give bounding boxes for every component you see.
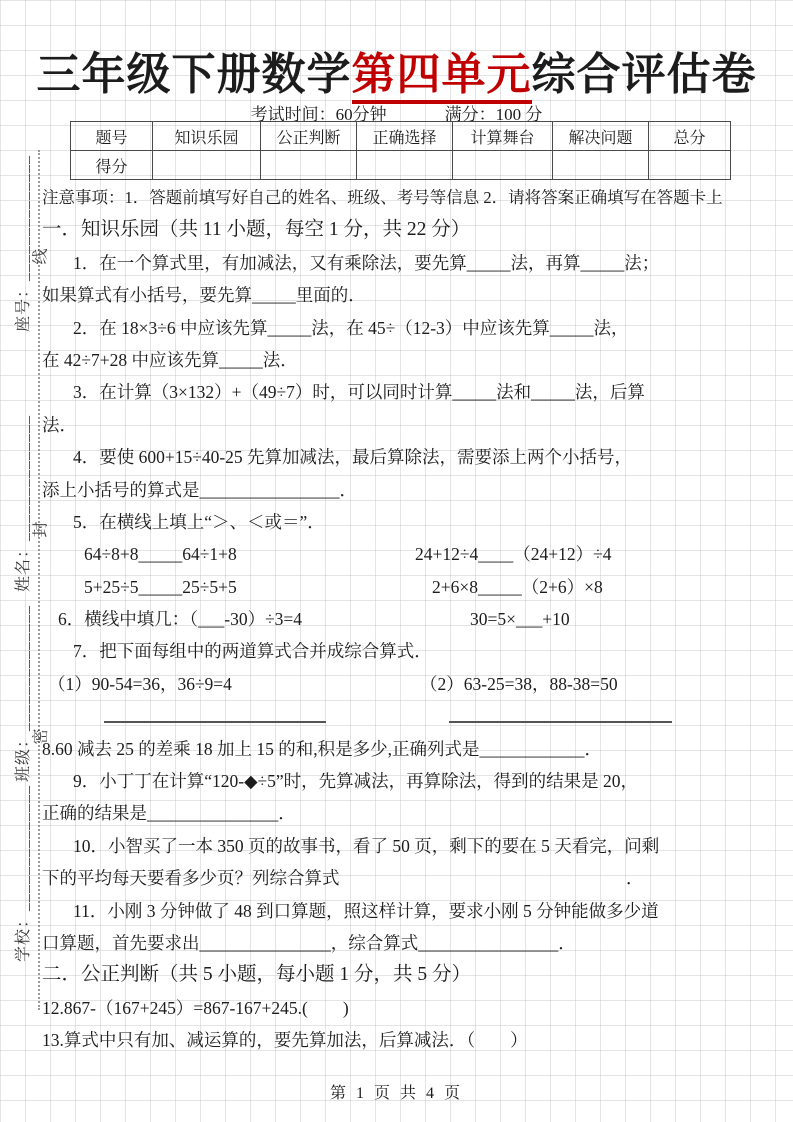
q5-row2: 5+25÷5_____25÷5+5 2+6×8_____（2+6）×8	[42, 571, 756, 603]
school-field: 学校：______________	[10, 785, 33, 962]
q5-row1-left: 64÷8+8_____64÷1+8	[42, 544, 237, 564]
score-cell-empty	[649, 151, 731, 180]
q10-trailing-period: ．	[626, 862, 644, 894]
answer-blank	[449, 721, 672, 723]
class-field: 班级：______________	[10, 605, 33, 782]
q3-line1: 3．在计算（3×132）+（49÷7）时，可以同时计算_____法和_____法…	[42, 376, 756, 408]
section1-heading: 一．知识乐园（共 11 小题，每空 1 分，共 22 分）	[42, 214, 756, 246]
q6-line: 6．横线中填几：（___-30）÷3=4 30=5×___+10	[42, 603, 756, 635]
score-cell-empty	[357, 151, 453, 180]
q6-left: 6．横线中填几：（___-30）÷3=4	[42, 609, 302, 629]
q1-line1: 1．在一个算式里，有加减法，又有乘除法，要先算_____法，再算_____法；	[42, 247, 756, 279]
q7-item2: （2）63-25=38，88-38=50	[420, 668, 618, 700]
title-suffix: 综合评估卷	[532, 50, 757, 99]
q5-row1-right: 24+12÷4____（24+12）÷4	[415, 538, 611, 570]
q10-line2: 下的平均每天要看多少页？列综合算式 ．	[42, 862, 756, 894]
q1-line2: 如果算式有小括号，要先算_____里面的．	[42, 279, 756, 311]
q10-line2-text: 下的平均每天要看多少页？列综合算式	[42, 868, 340, 888]
score-cell-empty	[153, 151, 261, 180]
score-table-header-row: 题号 知识乐园 公正判断 正确选择 计算舞台 解决问题 总分	[71, 122, 731, 151]
q2-line2: 在 42÷7+28 中应该先算_____法．	[42, 344, 756, 376]
score-table: 题号 知识乐园 公正判断 正确选择 计算舞台 解决问题 总分 得分	[70, 121, 731, 180]
seat-number-field: 座号：______________	[10, 155, 33, 332]
q4-line1: 4．要使 600+15÷40-25 先算加减法，最后算除法，需要添上两个小括号，	[42, 441, 756, 473]
score-cell-empty	[553, 151, 649, 180]
q6-right: 30=5×___+10	[470, 603, 570, 635]
q10-line1: 10．小智买了一本 350 页的故事书，看了 50 页，剩下的要在 5 天看完，…	[42, 830, 756, 862]
paper-title: 三年级下册数学第四单元综合评估卷	[0, 38, 793, 102]
section2-heading: 二．公正判断（共 5 小题，每小题 1 分，共 5 分）	[42, 959, 756, 991]
score-row-label: 得分	[71, 151, 153, 180]
title-unit-highlight: 第四单元	[352, 50, 532, 104]
q3-line2: 法．	[42, 409, 756, 441]
title-prefix: 三年级下册数学	[37, 50, 352, 99]
score-col-section2: 公正判断	[261, 122, 357, 151]
score-cell-empty	[453, 151, 553, 180]
page-number: 第 1 页 共 4 页	[0, 1080, 793, 1103]
seal-dotted-line	[38, 150, 40, 1010]
score-col-section4: 计算舞台	[453, 122, 553, 151]
paper-body: 注意事项：1．答题前填写好自己的姓名、班级、考号等信息 2．请将答案正确填写在答…	[42, 182, 756, 1057]
q7-intro: 7．把下面每组中的两道算式合并成综合算式．	[42, 635, 756, 667]
q2-line1: 2．在 18×3÷6 中应该先算_____法，在 45÷（12-3）中应该先算_…	[42, 312, 756, 344]
q5-row2-right: 2+6×8_____（2+6）×8	[432, 571, 603, 603]
student-name-field: 姓名：______________	[10, 415, 33, 592]
score-col-question-number: 题号	[71, 122, 153, 151]
q5-intro: 5．在横线上填上“＞、＜或＝”．	[42, 506, 756, 538]
q8-line: 8.60 减去 25 的差乘 18 加上 15 的和,积是多少,正确列式是___…	[42, 733, 756, 765]
notice-line: 注意事项：1．答题前填写好自己的姓名、班级、考号等信息 2．请将答案正确填写在答…	[42, 182, 756, 214]
q7-items: （1）90-54=36，36÷9=4 （2）63-25=38，88-38=50	[42, 668, 756, 700]
q9-line1: 9．小丁丁在计算“120-◆÷5”时，先算减法，再算除法，得到的结果是 20，	[42, 765, 756, 797]
q12-line: 12.867-（167+245）=867-167+245.( )	[42, 992, 756, 1024]
score-col-section1: 知识乐园	[153, 122, 261, 151]
score-col-total: 总分	[649, 122, 731, 151]
q11-line2: 口算题，首先要求出_______________，综合算式___________…	[42, 927, 756, 959]
q13-line: 13.算式中只有加、减运算的，要先算加法，后算减法．（ ）	[42, 1024, 756, 1056]
exam-paper-page: 座号：______________ 姓名：______________ 班级：_…	[0, 0, 793, 1122]
answer-blank	[104, 721, 326, 723]
q4-line2: 添上小括号的算式是________________．	[42, 474, 756, 506]
q5-row2-left: 5+25÷5_____25÷5+5	[42, 577, 237, 597]
q7-item1: （1）90-54=36，36÷9=4	[42, 674, 232, 694]
q11-line1: 11．小刚 3 分钟做了 48 到口算题，照这样计算，要求小刚 5 分钟能做多少…	[42, 895, 756, 927]
score-col-section3: 正确选择	[357, 122, 453, 151]
q7-answer-lines	[42, 700, 756, 732]
score-cell-empty	[261, 151, 357, 180]
q5-row1: 64÷8+8_____64÷1+8 24+12÷4____（24+12）÷4	[42, 538, 756, 570]
q9-line2: 正确的结果是_______________．	[42, 797, 756, 829]
score-table-score-row: 得分	[71, 151, 731, 180]
score-col-section5: 解决问题	[553, 122, 649, 151]
